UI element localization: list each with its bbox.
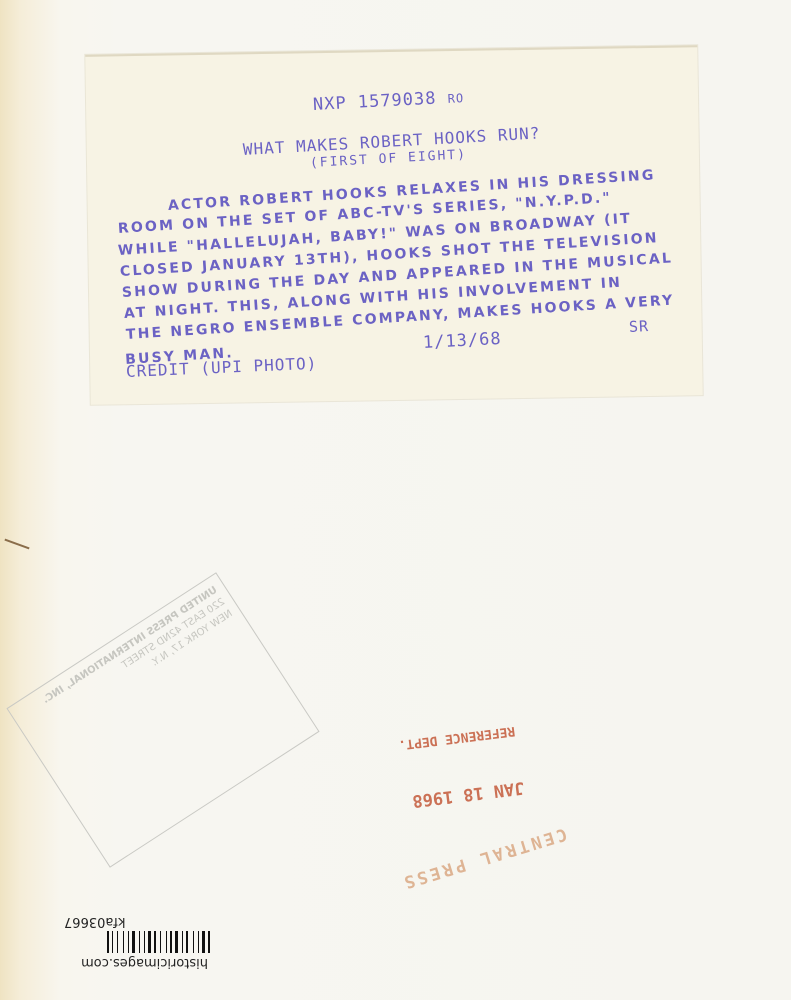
caption-initials: SR xyxy=(629,317,650,336)
barcode-sticker: historicimages.com kfa03667 xyxy=(60,908,210,970)
stamp-line: 220 EAST 42ND STREET xyxy=(27,596,228,732)
stamp-line: UNITED PRESS INTERNATIONAL, INC. xyxy=(19,585,220,721)
central-press-stamp: CENTRAL PRESS xyxy=(399,823,569,892)
barcode-site: historicimages.com xyxy=(60,955,210,970)
scratch-mark xyxy=(4,539,29,550)
barcode-code: kfa03667 xyxy=(60,914,210,929)
mirrored-ink-stamp: UNITED PRESS INTERNATIONAL, INC. 220 EAS… xyxy=(6,572,319,868)
reference-dept-stamp: REFERENCE DEPT. xyxy=(398,723,516,752)
photo-back-sheet: NXP 1579038 RO WHAT MAKES ROBERT HOOKS R… xyxy=(0,0,791,1000)
barcode-icon xyxy=(60,931,210,953)
reference-date-stamp: JAN 18 1968 xyxy=(411,777,525,811)
stamp-line: NEW YORK 17, N.Y. xyxy=(34,608,235,744)
caption-date: 1/13/68 xyxy=(422,329,502,353)
serial-suffix: RO xyxy=(447,91,464,106)
